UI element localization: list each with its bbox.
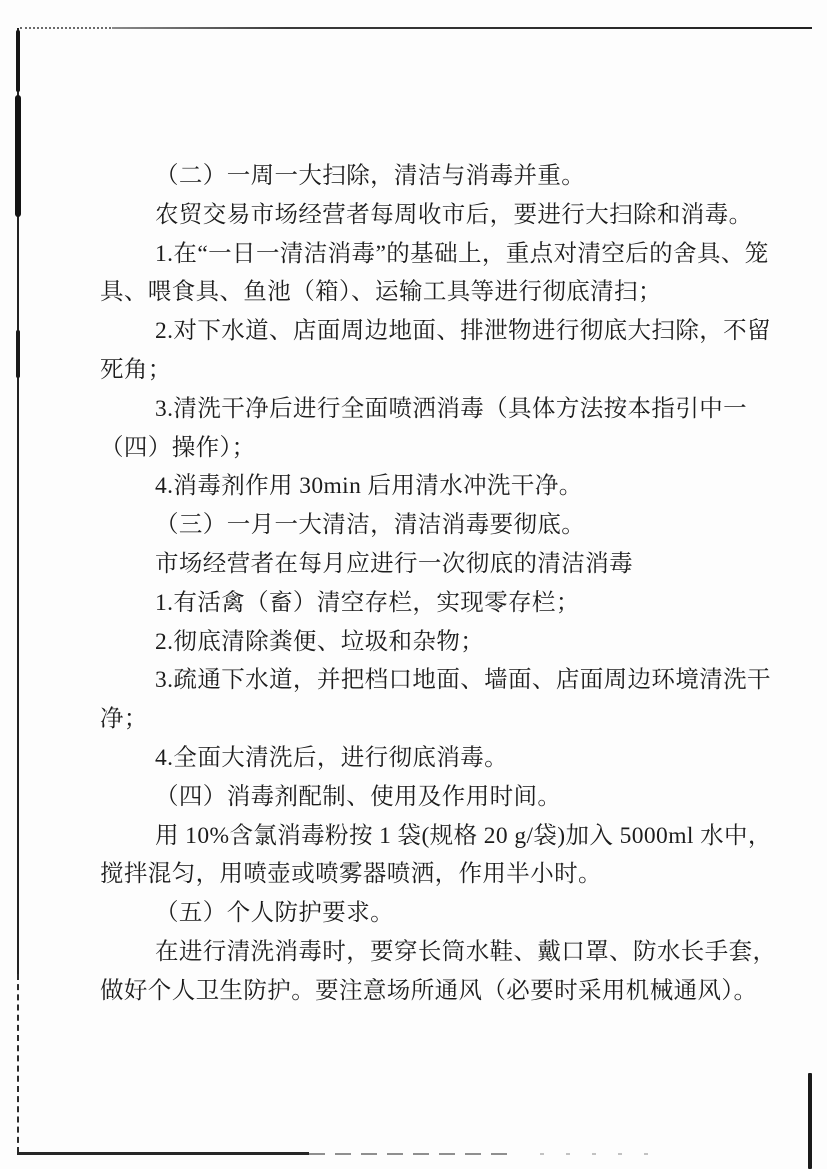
- text-line: 3.清洗干净后进行全面喷洒消毒（具体方法按本指引中一: [100, 390, 780, 429]
- text-line: （五）个人防护要求。: [100, 894, 780, 933]
- text-line: 用 10%含氯消毒粉按 1 袋(规格 20 g/袋)加入 5000ml 水中，: [100, 817, 780, 856]
- text-line: 净；: [100, 700, 780, 739]
- scan-artifact-bottom-border-line: [17, 1152, 309, 1155]
- scan-artifact-left-border-line: [17, 28, 19, 976]
- text-line: 搅拌混匀，用喷壶或喷雾器喷洒，作用半小时。: [100, 855, 780, 894]
- text-line: （四）操作）；: [100, 429, 780, 468]
- scan-artifact-top-border-line: [112, 27, 812, 29]
- text-line: （二）一周一大扫除，清洁与消毒并重。: [100, 157, 780, 196]
- text-line: 2.对下水道、店面周边地面、排泄物进行彻底大扫除，不留: [100, 312, 780, 351]
- text-line: 3.疏通下水道，并把档口地面、墙面、店面周边环境清洗干: [100, 661, 780, 700]
- scan-artifact-top-dotted-line: [20, 27, 115, 29]
- text-line: 1.在“一日一清洁消毒”的基础上，重点对清空后的舍具、笼: [100, 235, 780, 274]
- text-line: 2.彻底清除粪便、垃圾和杂物；: [100, 623, 780, 662]
- scan-artifact-left-dashed-line: [17, 974, 19, 1153]
- scan-artifact-right-edge-bar: [808, 1073, 812, 1169]
- scan-artifact-bottom-dashed-line: [309, 1153, 509, 1155]
- text-line: 市场经营者在每月应进行一次彻底的清洁消毒: [100, 545, 780, 584]
- text-line: 1.有活禽（畜）清空存栏，实现零存栏；: [100, 584, 780, 623]
- scan-artifact-left-ink-blob: [16, 30, 20, 92]
- text-line: （四）消毒剂配制、使用及作用时间。: [100, 778, 780, 817]
- scanned-document-page: （二）一周一大扫除，清洁与消毒并重。 农贸交易市场经营者每周收市后，要进行大扫除…: [0, 0, 827, 1169]
- text-line: 死角；: [100, 351, 780, 390]
- text-line: 在进行清洗消毒时，要穿长筒水鞋、戴口罩、防水长手套，: [100, 933, 780, 972]
- scan-artifact-bottom-specks: [540, 1153, 650, 1155]
- text-line: 4.消毒剂作用 30min 后用清水冲洗干净。: [100, 467, 780, 506]
- text-line: 具、喂食具、鱼池（箱）、运输工具等进行彻底清扫；: [100, 273, 780, 312]
- text-line: 做好个人卫生防护。要注意场所通风（必要时采用机械通风）。: [100, 972, 780, 1011]
- scan-artifact-left-ink-blob: [15, 95, 21, 217]
- text-line: 4.全面大清洗后，进行彻底消毒。: [100, 739, 780, 778]
- document-body: （二）一周一大扫除，清洁与消毒并重。 农贸交易市场经营者每周收市后，要进行大扫除…: [100, 157, 780, 1011]
- text-line: 农贸交易市场经营者每周收市后，要进行大扫除和消毒。: [100, 196, 780, 235]
- text-line: （三）一月一大清洁，清洁消毒要彻底。: [100, 506, 780, 545]
- scan-artifact-left-ink-blob: [16, 330, 20, 378]
